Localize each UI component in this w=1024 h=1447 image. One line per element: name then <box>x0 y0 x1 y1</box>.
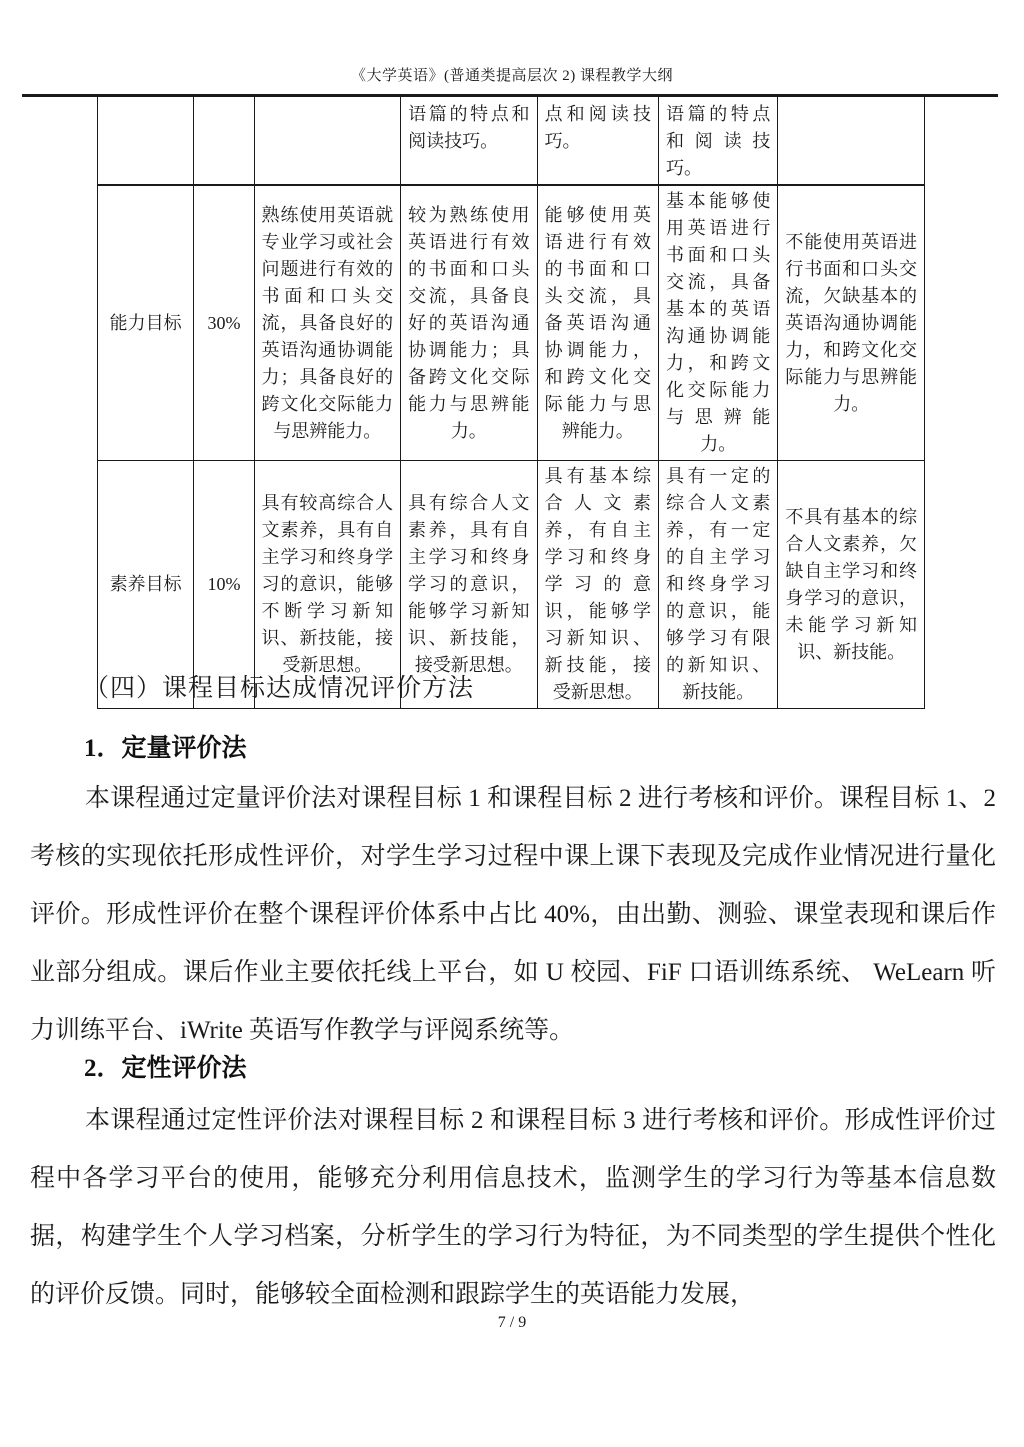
criteria-cell-fail: 不能使用英语进行书面和口头交流，欠缺基本的英语沟通协调能力，和跨文化交际能力与思… <box>778 185 925 461</box>
table-row-capability-objective: 能力目标 30% 熟练使用英语就专业学习或社会问题进行有效的书面和口头交流，具备… <box>98 185 925 461</box>
criteria-cell-excellent: 熟练使用英语就专业学习或社会问题进行有效的书面和口头交流，具备良好的英语沟通协调… <box>254 185 401 461</box>
continuation-cell-label <box>98 97 194 185</box>
table-row-continuation: 语篇的特点和阅读技巧。 点和阅读技巧。 语篇的特点和阅读技巧。 <box>98 97 925 185</box>
criteria-cell-pass: 具有一定的综合人文素养，有一定的自主学习和终身学习的意识，能够学习有限的新知识、… <box>659 461 778 709</box>
paragraph-quantitative-evaluation: 本课程通过定量评价法对课程目标 1 和课程目标 2 进行考核和评价。课程目标 1… <box>30 770 996 1060</box>
document-page: 《大学英语》(普通类提高层次 2) 课程教学大纲 语篇的特点和阅读技巧。 点和阅… <box>0 0 1024 1447</box>
criteria-cell-good: 较为熟练使用英语进行有效的书面和口头交流，具备良好的英语沟通协调能力；具备跨文化… <box>401 185 537 461</box>
criteria-cell-pass: 基本能够使用英语进行书面和口头交流，具备基本的英语沟通协调能力，和跨文化交际能力… <box>659 185 778 461</box>
paragraph-qualitative-evaluation: 本课程通过定性评价法对课程目标 2 和课程目标 3 进行考核和评价。形成性评价过… <box>30 1092 996 1324</box>
continuation-cell-7 <box>778 97 925 185</box>
continuation-cell-3 <box>254 97 401 185</box>
criteria-cell-medium: 能够使用英语进行有效的书面和口头交流，具备英语沟通协调能力，和跨文化交际能力与思… <box>537 185 658 461</box>
continuation-cell-4: 语篇的特点和阅读技巧。 <box>401 97 537 185</box>
continuation-cell-5: 点和阅读技巧。 <box>537 97 658 185</box>
objectives-rubric-table: 语篇的特点和阅读技巧。 点和阅读技巧。 语篇的特点和阅读技巧。 能力目标 30%… <box>97 97 925 709</box>
page-number: 7 / 9 <box>0 1314 1024 1332</box>
criteria-cell-medium: 具有基本综合人文素养，有自主学习和终身学习的意识，能够学习新知识、新技能，接受新… <box>537 461 658 709</box>
subsection-title-quantitative: 1．定量评价法 <box>84 728 247 764</box>
continuation-cell-6: 语篇的特点和阅读技巧。 <box>659 97 778 185</box>
objective-label-cell: 能力目标 <box>98 185 194 461</box>
page-header-title: 《大学英语》(普通类提高层次 2) 课程教学大纲 <box>0 64 1024 85</box>
criteria-cell-fail: 不具有基本的综合人文素养，欠缺自主学习和终身学习的意识，未能学习新知识、新技能。 <box>778 461 925 709</box>
subsection-title-qualitative: 2．定性评价法 <box>84 1048 247 1084</box>
section-heading-evaluation-methods: （四）课程目标达成情况评价方法 <box>84 668 474 704</box>
objective-weight-cell: 30% <box>194 185 254 461</box>
continuation-cell-weight <box>194 97 254 185</box>
